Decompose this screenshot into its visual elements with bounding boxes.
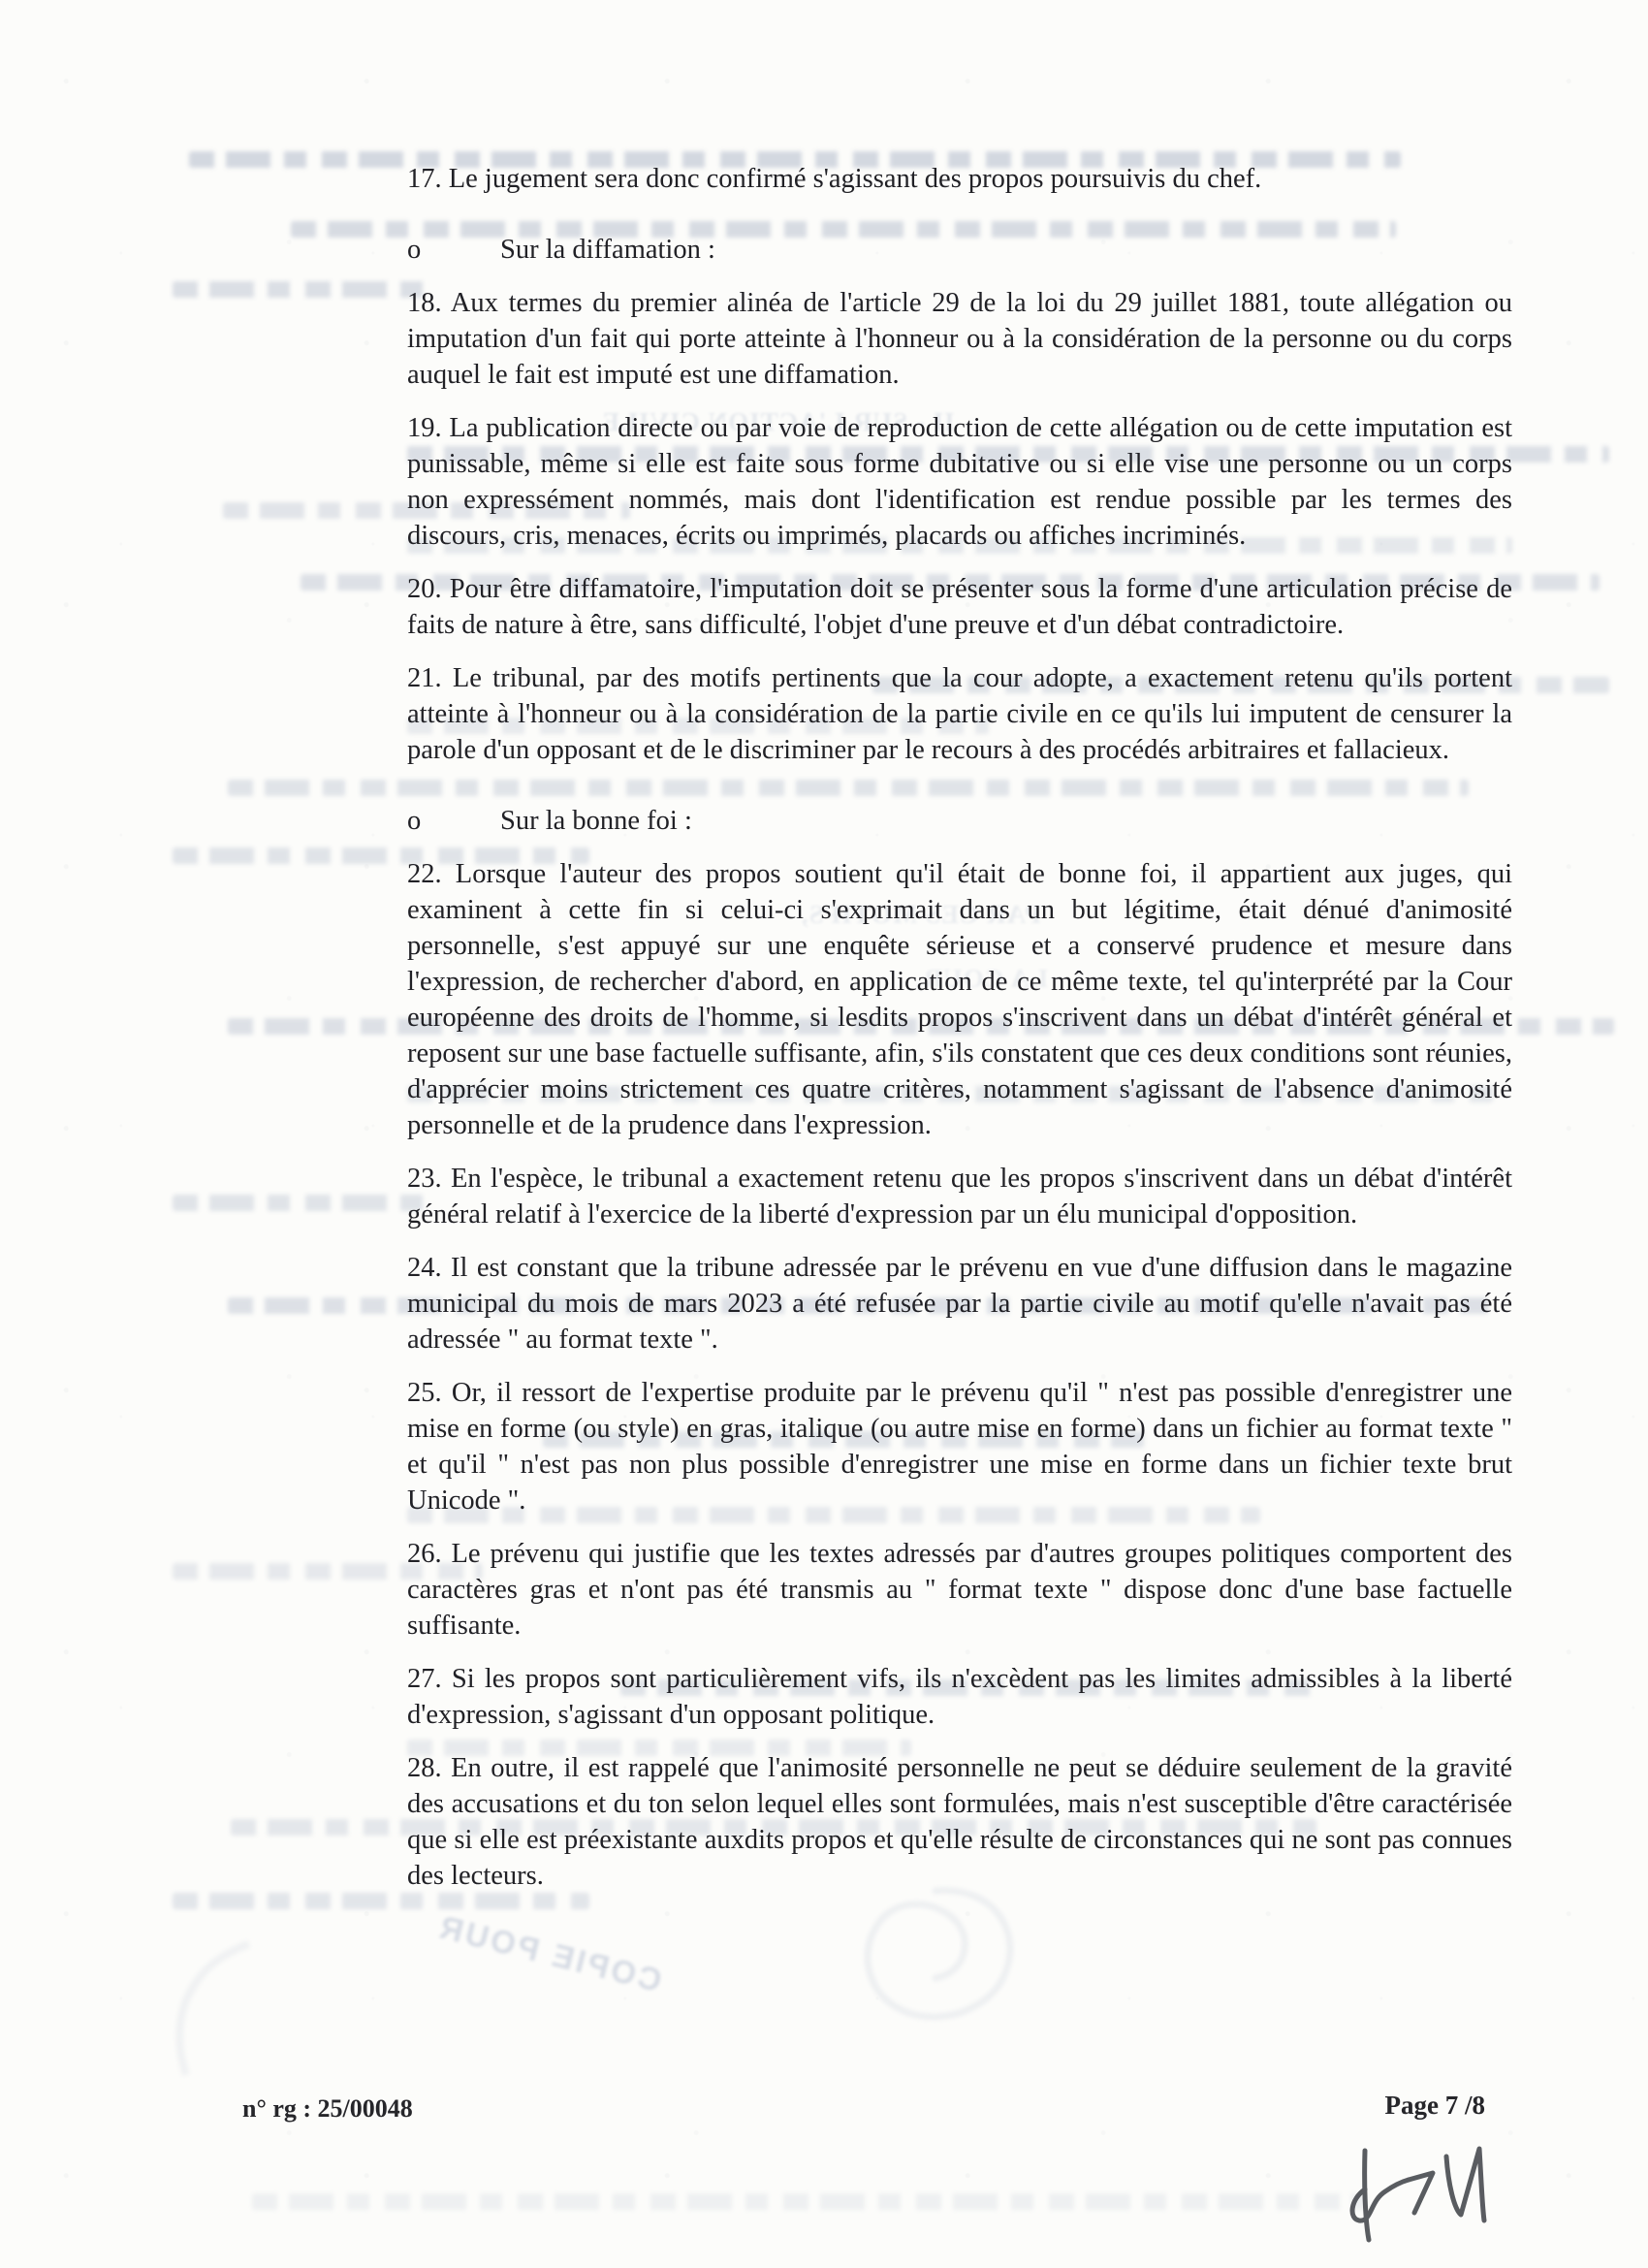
paragraph: 21. Le tribunal, par des motifs pertinen… [407, 660, 1512, 768]
bleed-through-stamp: COPIE POUR [433, 1908, 665, 1999]
case-reference: n° rg : 25/00048 [242, 2094, 413, 2124]
section-bullet: oSur la bonne foi : [407, 803, 1512, 839]
bleed-through-line [252, 2193, 1367, 2210]
paragraph: 18. Aux termes du premier alinéa de l'ar… [407, 285, 1512, 393]
judgment-text-body: 17. Le jugement sera donc confirmé s'agi… [407, 0, 1512, 1894]
paragraph: 19. La publication directe ou par voie d… [407, 410, 1512, 554]
paragraph: 27. Si les propos sont particulièrement … [407, 1661, 1512, 1733]
bullet-marker: o [407, 232, 500, 268]
bleed-stamp-arc [109, 1930, 254, 2085]
paragraph: 24. Il est constant que la tribune adres… [407, 1250, 1512, 1358]
bleed-signature-swirl [843, 1871, 1028, 2036]
paragraph: 26. Le prévenu qui justifie que les text… [407, 1536, 1512, 1644]
paragraph: 17. Le jugement sera donc confirmé s'agi… [407, 161, 1512, 197]
page-number: Page 7 /8 [1385, 2091, 1485, 2121]
paragraph: 22. Lorsque l'auteur des propos soutient… [407, 856, 1512, 1143]
paragraph: 25. Or, il ressort de l'expertise produi… [407, 1375, 1512, 1518]
section-bullet-label: Sur la diffamation : [500, 235, 715, 265]
section-bullet-label: Sur la bonne foi : [500, 806, 692, 836]
handwritten-initials [1346, 2131, 1501, 2257]
paragraph: 28. En outre, il est rappelé que l'animo… [407, 1750, 1512, 1894]
section-bullet: oSur la diffamation : [407, 232, 1512, 268]
paragraph: 20. Pour être diffamatoire, l'imputation… [407, 571, 1512, 643]
bleed-through-line [173, 1195, 434, 1211]
bleed-through-line [173, 1893, 589, 1909]
paragraph: 23. En l'espèce, le tribunal a exactemen… [407, 1161, 1512, 1232]
bullet-marker: o [407, 803, 500, 839]
scanned-document-page: II - SUR L'ACTION CIVILEPAR CES MOTIFS,L… [0, 0, 1648, 2268]
bleed-through-line [173, 281, 425, 298]
